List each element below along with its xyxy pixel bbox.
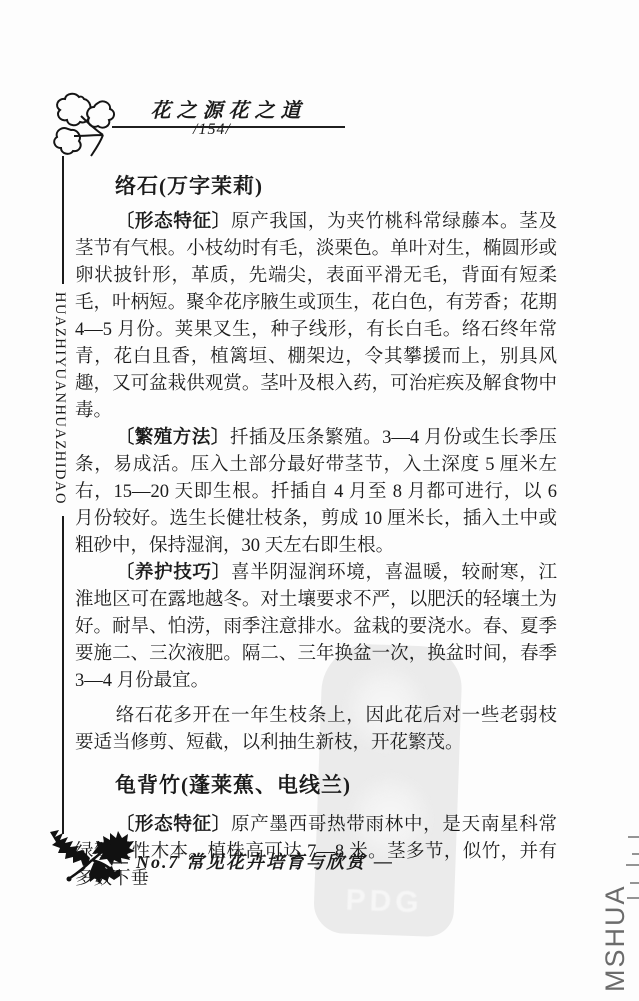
- footer-series-line: — No.7 常见花卉培育与欣赏 —: [110, 848, 392, 874]
- paragraph-label: 〔繁殖方法〕: [116, 428, 230, 448]
- paragraph-care: 〔养护技巧〕喜半阴湿润环境，喜温暖，较耐寒，江淮地区可在露地越冬。对土壤要求不严…: [75, 560, 557, 695]
- sidebar-vertical-title: HUAZHIYUANHUAZHIDAO: [51, 292, 68, 505]
- paragraph-propagation: 〔繁殖方法〕扦插及压条繁殖。3—4 月份或生长季压条，易成活。压入土部分最好带茎…: [75, 425, 557, 560]
- paragraph-label: 〔养护技巧〕: [116, 563, 231, 583]
- paragraph-text: 原产我国，为夹竹桃科常绿藤本。茎及茎节有气根。小枝幼时有毛，淡栗色。单叶对生，椭…: [75, 212, 557, 421]
- paragraph-pruning-note: 络石花多开在一年生枝条上，因此花后对一些老弱枝要适当修剪、短截，以利抽生新枝，开…: [75, 703, 557, 757]
- sidebar-rule-bottom: [62, 516, 64, 834]
- footer-series-title: No.7 常见花卉培育与欣赏: [136, 848, 366, 874]
- scan-artifact: [632, 853, 639, 855]
- scan-artifact: [628, 836, 639, 838]
- mshua-watermark: MSHUA: [600, 884, 631, 992]
- scan-artifact: [626, 864, 639, 866]
- scan-artifact: [630, 882, 639, 884]
- flower-branch-icon: [46, 90, 116, 166]
- footer-left-dash: —: [110, 851, 128, 872]
- scanned-book-page: 花之源花之道 /154/ HUAZHIYUANHUAZHIDAO 络石(万字茉莉…: [0, 0, 639, 1001]
- footer-right-dash: —: [374, 851, 392, 872]
- book-title: 花之源花之道: [151, 100, 307, 122]
- page-body: 络石(万字茉莉) 〔形态特征〕原产我国，为夹竹桃科常绿藤本。茎及茎节有气根。小枝…: [75, 170, 557, 893]
- sidebar-rule-top: [62, 156, 64, 284]
- paragraph-label: 〔形态特征〕: [116, 212, 231, 232]
- entry-title-luoshi: 络石(万字茉莉): [115, 170, 557, 200]
- paragraph-morphology: 〔形态特征〕原产我国，为夹竹桃科常绿藤本。茎及茎节有气根。小枝幼时有毛，淡栗色。…: [75, 209, 557, 425]
- entry-title-guibeizhu: 龟背竹(蓬莱蕉、电线兰): [115, 769, 557, 799]
- paragraph-text: 络石花多开在一年生枝条上，因此花后对一些老弱枝要适当修剪、短截，以利抽生新枝，开…: [75, 706, 557, 753]
- page-number: /154/: [112, 121, 312, 139]
